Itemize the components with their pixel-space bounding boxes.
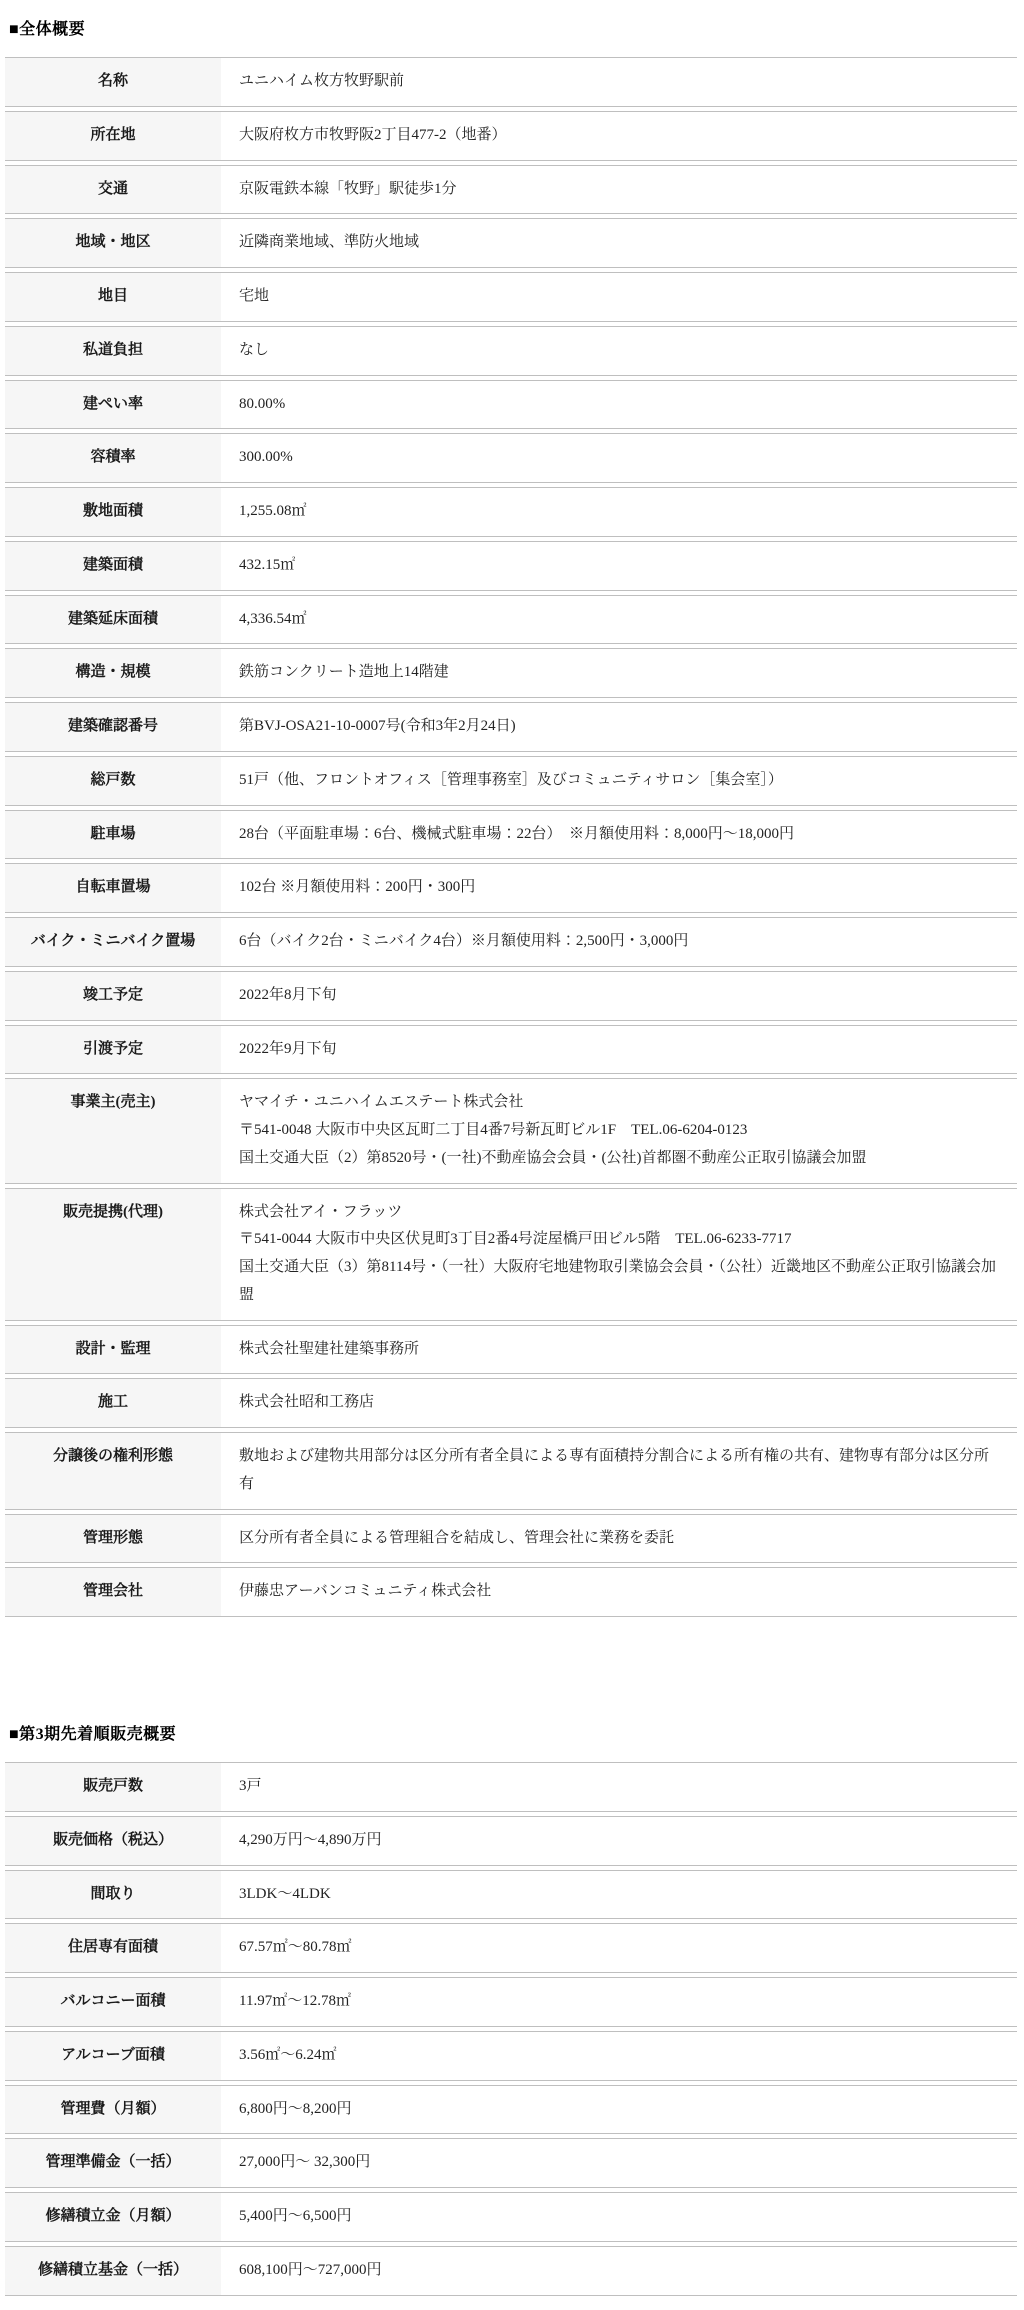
table-row: 管理会社伊藤忠アーバンコミュニティ株式会社 <box>5 1567 1017 1617</box>
table-row: 建築面積432.15㎡ <box>5 541 1017 591</box>
row-value: 608,100円～727,000円 <box>221 2246 1017 2296</box>
row-value: 6,800円～8,200円 <box>221 2085 1017 2135</box>
table-row: 容積率300.00% <box>5 433 1017 483</box>
row-label: 間取り <box>5 1870 221 1920</box>
value-line: 区分所有者全員による管理組合を結成し、管理会社に業務を委託 <box>239 1525 999 1553</box>
phase3-sales-section: ■第3期先着順販売概要 販売戸数3戸販売価格（税込）4,290万円～4,890万… <box>5 1721 1017 2300</box>
row-label: 管理会社 <box>5 1567 221 1617</box>
section-title-overall-summary: ■全体概要 <box>9 16 1017 39</box>
table-row: アルコーブ面積3.56㎡～6.24㎡ <box>5 2031 1017 2081</box>
value-line: 67.57㎡～80.78㎡ <box>239 1934 999 1962</box>
value-line: ユニハイム枚方牧野駅前 <box>239 68 999 96</box>
row-label: 管理準備金（一括） <box>5 2138 221 2188</box>
row-label: 交通 <box>5 165 221 215</box>
value-line: 80.00% <box>239 391 999 419</box>
row-value: 2022年8月下旬 <box>221 971 1017 1021</box>
overall-summary-table: 名称ユニハイム枚方牧野駅前所在地大阪府枚方市牧野阪2丁目477-2（地番）交通京… <box>5 53 1017 1621</box>
row-value: 3戸 <box>221 1762 1017 1812</box>
row-value: 株式会社昭和工務店 <box>221 1378 1017 1428</box>
row-value: 敷地および建物共用部分は区分所有者全員による専有面積持分割合による所有権の共有、… <box>221 1432 1017 1510</box>
table-row: 竣工予定2022年8月下旬 <box>5 971 1017 1021</box>
table-row: 総戸数51戸（他、フロントオフィス［管理事務室］及びコミュニティサロン［集会室］… <box>5 756 1017 806</box>
row-value: 1,255.08㎡ <box>221 487 1017 537</box>
row-label: 施工 <box>5 1378 221 1428</box>
value-line: 宅地 <box>239 283 999 311</box>
value-line: なし <box>239 337 999 365</box>
row-label: バイク・ミニバイク置場 <box>5 917 221 967</box>
table-row: 管理費（月額）6,800円～8,200円 <box>5 2085 1017 2135</box>
row-value: 宅地 <box>221 272 1017 322</box>
value-line: 株式会社アイ・フラッツ <box>239 1199 999 1227</box>
table-row: 設計・監理株式会社聖建社建築事務所 <box>5 1325 1017 1375</box>
table-row: 建築確認番号第BVJ-OSA21-10-0007号(令和3年2月24日) <box>5 702 1017 752</box>
row-label: 竣工予定 <box>5 971 221 1021</box>
row-value: 432.15㎡ <box>221 541 1017 591</box>
row-value: 6台（バイク2台・ミニバイク4台）※月額使用料：2,500円・3,000円 <box>221 917 1017 967</box>
table-row: バイク・ミニバイク置場6台（バイク2台・ミニバイク4台）※月額使用料：2,500… <box>5 917 1017 967</box>
row-value: 3.56㎡～6.24㎡ <box>221 2031 1017 2081</box>
row-value: 大阪府枚方市牧野阪2丁目477-2（地番） <box>221 111 1017 161</box>
value-line: 2022年8月下旬 <box>239 982 999 1010</box>
table-row: 販売提携(代理)株式会社アイ・フラッツ〒541-0044 大阪市中央区伏見町3丁… <box>5 1188 1017 1321</box>
table-row: 地目宅地 <box>5 272 1017 322</box>
value-line: 6,800円～8,200円 <box>239 2096 999 2124</box>
row-value: 株式会社アイ・フラッツ〒541-0044 大阪市中央区伏見町3丁目2番4号淀屋橋… <box>221 1188 1017 1321</box>
value-line: 300.00% <box>239 444 999 472</box>
value-line: 27,000円～ 32,300円 <box>239 2149 999 2177</box>
table-row: 管理形態区分所有者全員による管理組合を結成し、管理会社に業務を委託 <box>5 1514 1017 1564</box>
value-line: 51戸（他、フロントオフィス［管理事務室］及びコミュニティサロン［集会室］） <box>239 767 999 795</box>
row-label: 容積率 <box>5 433 221 483</box>
table-row: 住居専有面積67.57㎡～80.78㎡ <box>5 1923 1017 1973</box>
value-line: 国土交通大臣（3）第8114号・（一社）大阪府宅地建物取引業協会会員・（公社）近… <box>239 1254 999 1310</box>
row-label: 管理費（月額） <box>5 2085 221 2135</box>
row-value: 3LDK～4LDK <box>221 1870 1017 1920</box>
row-label: 販売戸数 <box>5 1762 221 1812</box>
row-label: 引渡予定 <box>5 1025 221 1075</box>
row-value: 鉄筋コンクリート造地上14階建 <box>221 648 1017 698</box>
row-value: 27,000円～ 32,300円 <box>221 2138 1017 2188</box>
value-line: 102台 ※月額使用料：200円・300円 <box>239 874 999 902</box>
value-line: 5,400円～6,500円 <box>239 2203 999 2231</box>
table-row: 修繕積立金（月額）5,400円～6,500円 <box>5 2192 1017 2242</box>
value-line: 京阪電鉄本線「牧野」駅徒歩1分 <box>239 176 999 204</box>
row-label: 管理形態 <box>5 1514 221 1564</box>
value-line: 6台（バイク2台・ミニバイク4台）※月額使用料：2,500円・3,000円 <box>239 928 999 956</box>
table-row: 修繕積立基金（一括）608,100円～727,000円 <box>5 2246 1017 2296</box>
row-value: 102台 ※月額使用料：200円・300円 <box>221 863 1017 913</box>
row-value: ヤマイチ・ユニハイムエステート株式会社〒541-0048 大阪市中央区瓦町二丁目… <box>221 1078 1017 1183</box>
table-row: 建築延床面積4,336.54㎡ <box>5 595 1017 645</box>
value-line: 国土交通大臣（2）第8520号・(一社)不動産協会会員・(公社)首都圏不動産公正… <box>239 1145 999 1173</box>
value-line: 第BVJ-OSA21-10-0007号(令和3年2月24日) <box>239 713 999 741</box>
row-value: ユニハイム枚方牧野駅前 <box>221 57 1017 107</box>
table-row: 名称ユニハイム枚方牧野駅前 <box>5 57 1017 107</box>
table-row: バルコニー面積11.97㎡～12.78㎡ <box>5 1977 1017 2027</box>
row-value: 80.00% <box>221 380 1017 430</box>
row-label: 分譲後の権利形態 <box>5 1432 221 1510</box>
row-value: 4,336.54㎡ <box>221 595 1017 645</box>
row-label: 建築面積 <box>5 541 221 591</box>
value-line: ヤマイチ・ユニハイムエステート株式会社 <box>239 1089 999 1117</box>
table-row: 敷地面積1,255.08㎡ <box>5 487 1017 537</box>
row-label: 修繕積立基金（一括） <box>5 2246 221 2296</box>
row-label: 地目 <box>5 272 221 322</box>
overall-summary-section: ■全体概要 名称ユニハイム枚方牧野駅前所在地大阪府枚方市牧野阪2丁目477-2（… <box>5 16 1017 1621</box>
table-row: 交通京阪電鉄本線「牧野」駅徒歩1分 <box>5 165 1017 215</box>
row-value: 4,290万円～4,890万円 <box>221 1816 1017 1866</box>
value-line: 〒541-0044 大阪市中央区伏見町3丁目2番4号淀屋橋戸田ビル5階 TEL.… <box>239 1226 999 1254</box>
value-line: 11.97㎡～12.78㎡ <box>239 1988 999 2016</box>
row-value: 伊藤忠アーバンコミュニティ株式会社 <box>221 1567 1017 1617</box>
row-label: 自転車置場 <box>5 863 221 913</box>
row-value: 11.97㎡～12.78㎡ <box>221 1977 1017 2027</box>
row-value: 近隣商業地域、準防火地域 <box>221 218 1017 268</box>
row-label: 駐車場 <box>5 810 221 860</box>
table-row: 私道負担なし <box>5 326 1017 376</box>
table-row: 間取り3LDK～4LDK <box>5 1870 1017 1920</box>
row-label: 設計・監理 <box>5 1325 221 1375</box>
row-label: 修繕積立金（月額） <box>5 2192 221 2242</box>
table-row: 販売戸数3戸 <box>5 1762 1017 1812</box>
value-line: 608,100円～727,000円 <box>239 2257 999 2285</box>
row-value: 300.00% <box>221 433 1017 483</box>
value-line: 近隣商業地域、準防火地域 <box>239 229 999 257</box>
value-line: 4,336.54㎡ <box>239 606 999 634</box>
row-label: 事業主(売主) <box>5 1078 221 1183</box>
row-value: 区分所有者全員による管理組合を結成し、管理会社に業務を委託 <box>221 1514 1017 1564</box>
table-row: 引渡予定2022年9月下旬 <box>5 1025 1017 1075</box>
value-line: 28台（平面駐車場：6台、機械式駐車場：22台） ※月額使用料：8,000円～1… <box>239 821 999 849</box>
row-label: 名称 <box>5 57 221 107</box>
row-value: 51戸（他、フロントオフィス［管理事務室］及びコミュニティサロン［集会室］） <box>221 756 1017 806</box>
table-row: 施工株式会社昭和工務店 <box>5 1378 1017 1428</box>
row-value: 2022年9月下旬 <box>221 1025 1017 1075</box>
row-label: 住居専有面積 <box>5 1923 221 1973</box>
value-line: 3.56㎡～6.24㎡ <box>239 2042 999 2070</box>
table-row: 管理準備金（一括）27,000円～ 32,300円 <box>5 2138 1017 2188</box>
row-label: 販売価格（税込） <box>5 1816 221 1866</box>
value-line: 敷地および建物共用部分は区分所有者全員による専有面積持分割合による所有権の共有、… <box>239 1443 999 1499</box>
row-label: 建築確認番号 <box>5 702 221 752</box>
table-row: 事業主(売主)ヤマイチ・ユニハイムエステート株式会社〒541-0048 大阪市中… <box>5 1078 1017 1183</box>
row-value: 株式会社聖建社建築事務所 <box>221 1325 1017 1375</box>
row-value: なし <box>221 326 1017 376</box>
phase3-sales-table: 販売戸数3戸販売価格（税込）4,290万円～4,890万円間取り3LDK～4LD… <box>5 1758 1017 2300</box>
row-label: 私道負担 <box>5 326 221 376</box>
table-row: 建ぺい率80.00% <box>5 380 1017 430</box>
value-line: 4,290万円～4,890万円 <box>239 1827 999 1855</box>
value-line: 2022年9月下旬 <box>239 1036 999 1064</box>
row-value: 28台（平面駐車場：6台、機械式駐車場：22台） ※月額使用料：8,000円～1… <box>221 810 1017 860</box>
table-row: 所在地大阪府枚方市牧野阪2丁目477-2（地番） <box>5 111 1017 161</box>
row-label: アルコーブ面積 <box>5 2031 221 2081</box>
row-value: 5,400円～6,500円 <box>221 2192 1017 2242</box>
row-label: 所在地 <box>5 111 221 161</box>
section-title-phase3-sales: ■第3期先着順販売概要 <box>9 1721 1017 1744</box>
value-line: 1,255.08㎡ <box>239 498 999 526</box>
value-line: 大阪府枚方市牧野阪2丁目477-2（地番） <box>239 122 999 150</box>
row-label: 敷地面積 <box>5 487 221 537</box>
table-row: 販売価格（税込）4,290万円～4,890万円 <box>5 1816 1017 1866</box>
table-row: 自転車置場102台 ※月額使用料：200円・300円 <box>5 863 1017 913</box>
row-label: 地域・地区 <box>5 218 221 268</box>
value-line: 3戸 <box>239 1773 999 1801</box>
row-label: 販売提携(代理) <box>5 1188 221 1321</box>
row-label: 建築延床面積 <box>5 595 221 645</box>
table-row: 駐車場28台（平面駐車場：6台、機械式駐車場：22台） ※月額使用料：8,000… <box>5 810 1017 860</box>
table-row: 分譲後の権利形態敷地および建物共用部分は区分所有者全員による専有面積持分割合によ… <box>5 1432 1017 1510</box>
property-overview-page: ■全体概要 名称ユニハイム枚方牧野駅前所在地大阪府枚方市牧野阪2丁目477-2（… <box>0 0 1024 2310</box>
row-label: バルコニー面積 <box>5 1977 221 2027</box>
row-label: 建ぺい率 <box>5 380 221 430</box>
table-row: 構造・規模鉄筋コンクリート造地上14階建 <box>5 648 1017 698</box>
row-label: 構造・規模 <box>5 648 221 698</box>
value-line: 伊藤忠アーバンコミュニティ株式会社 <box>239 1578 999 1606</box>
row-value: 第BVJ-OSA21-10-0007号(令和3年2月24日) <box>221 702 1017 752</box>
value-line: 鉄筋コンクリート造地上14階建 <box>239 659 999 687</box>
row-value: 京阪電鉄本線「牧野」駅徒歩1分 <box>221 165 1017 215</box>
value-line: 〒541-0048 大阪市中央区瓦町二丁目4番7号新瓦町ビル1F TEL.06-… <box>239 1117 999 1145</box>
table-row: 地域・地区近隣商業地域、準防火地域 <box>5 218 1017 268</box>
value-line: 3LDK～4LDK <box>239 1881 999 1909</box>
row-label: 総戸数 <box>5 756 221 806</box>
value-line: 株式会社聖建社建築事務所 <box>239 1336 999 1364</box>
value-line: 432.15㎡ <box>239 552 999 580</box>
value-line: 株式会社昭和工務店 <box>239 1389 999 1417</box>
row-value: 67.57㎡～80.78㎡ <box>221 1923 1017 1973</box>
